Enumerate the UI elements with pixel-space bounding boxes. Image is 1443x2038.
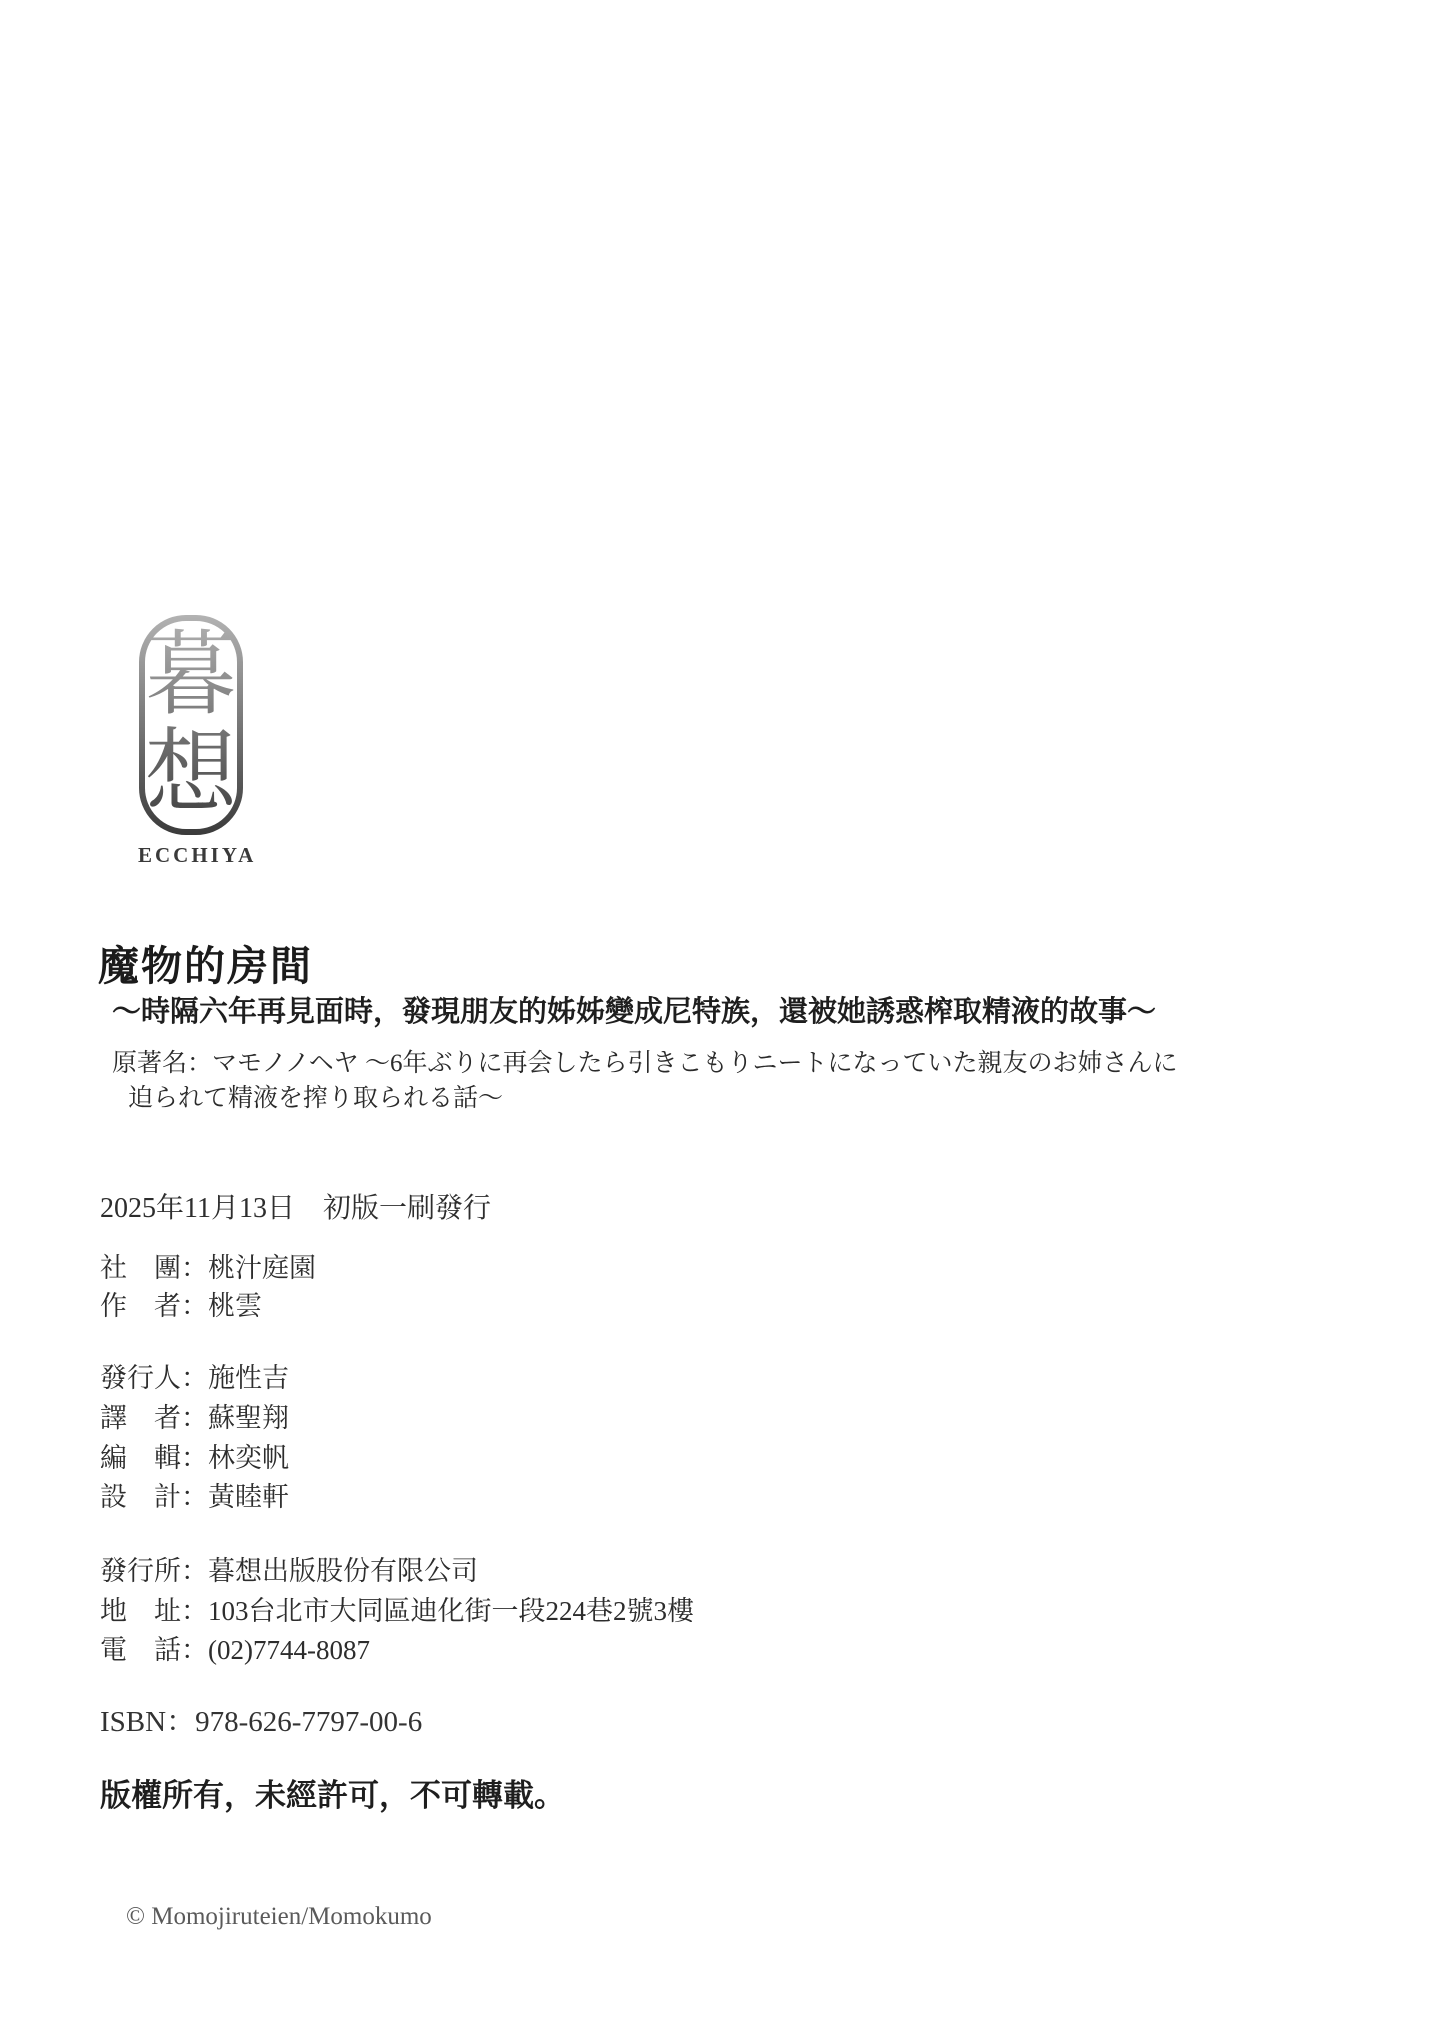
credit-label: 地 址： [100, 1596, 208, 1626]
logo-kanji-top: 暮 [145, 624, 237, 726]
credit-row-issuer: 發行人：施性吉 [100, 1356, 289, 1395]
logo-kanji-bottom: 想 [145, 722, 238, 824]
credit-value: 桃汁庭園 [208, 1253, 316, 1283]
credit-row-phone: 電 話：(02)7744-8087 [100, 1628, 370, 1667]
credit-label: 發行所： [100, 1556, 208, 1586]
credit-row-designer: 設 計：黃睦軒 [100, 1475, 289, 1514]
copyright-notice: 版權所有，未經許可，不可轉載。 [100, 1770, 565, 1815]
credit-row-address: 地 址：103台北市大同區迪化街一段224巷2號3樓 [100, 1589, 694, 1628]
publisher-logo: 暮 想 ECCHIYA [138, 614, 244, 868]
credit-value: 桃雲 [208, 1291, 262, 1321]
credit-value: 蘇聖翔 [208, 1403, 289, 1433]
credit-label: 社 團： [100, 1253, 208, 1283]
original-title-line2: 迫られて精液を搾り取られる話～ [128, 1078, 503, 1114]
credit-row-circle: 社 團：桃汁庭園 [100, 1246, 316, 1285]
isbn-label: ISBN： [100, 1706, 195, 1738]
credit-label: 作 者： [100, 1291, 208, 1321]
credit-value: 施性吉 [208, 1363, 289, 1393]
credit-row-author: 作 者：桃雲 [100, 1284, 262, 1323]
credit-row-publisher: 發行所：暮想出版股份有限公司 [100, 1549, 478, 1588]
credit-label: 譯 者： [100, 1403, 208, 1433]
credit-label: 電 話： [100, 1635, 208, 1665]
credit-value: 暮想出版股份有限公司 [208, 1556, 478, 1586]
ecchiya-logo-icon: 暮 想 [138, 614, 244, 836]
credit-label: 編 輯： [100, 1443, 208, 1473]
credit-row-translator: 譯 者：蘇聖翔 [100, 1396, 289, 1435]
footer-copyright-credit: © Momojiruteien/Momokumo [126, 1903, 432, 1931]
credit-label: 發行人： [100, 1363, 208, 1393]
book-title: 魔物的房間 [98, 933, 313, 992]
credit-label: 設 計： [100, 1482, 208, 1512]
isbn-value: 978-626-7797-00-6 [195, 1706, 422, 1738]
credit-value: 黃睦軒 [208, 1482, 289, 1512]
logo-wordmark: ECCHIYA [138, 843, 244, 868]
colophon-page: { "colors": { "background": "#ffffff", "… [0, 0, 1443, 2038]
edition-date-line: 2025年11月13日 初版一刷發行 [100, 1186, 491, 1226]
credit-row-editor: 編 輯：林奕帆 [100, 1436, 289, 1475]
credit-value: 林奕帆 [208, 1443, 289, 1473]
credit-value: 103台北市大同區迪化街一段224巷2號3樓 [208, 1596, 694, 1626]
credit-value: (02)7744-8087 [208, 1635, 370, 1665]
book-subtitle: ～時隔六年再見面時，發現朋友的姊姊變成尼特族，還被她誘惑榨取精液的故事～ [112, 989, 1156, 1030]
isbn-row: ISBN：978-626-7797-00-6 [100, 1699, 422, 1740]
original-title-line1: 原著名：マモノノヘヤ ～6年ぶりに再会したら引きこもりニートになっていた親友のお… [112, 1043, 1178, 1079]
